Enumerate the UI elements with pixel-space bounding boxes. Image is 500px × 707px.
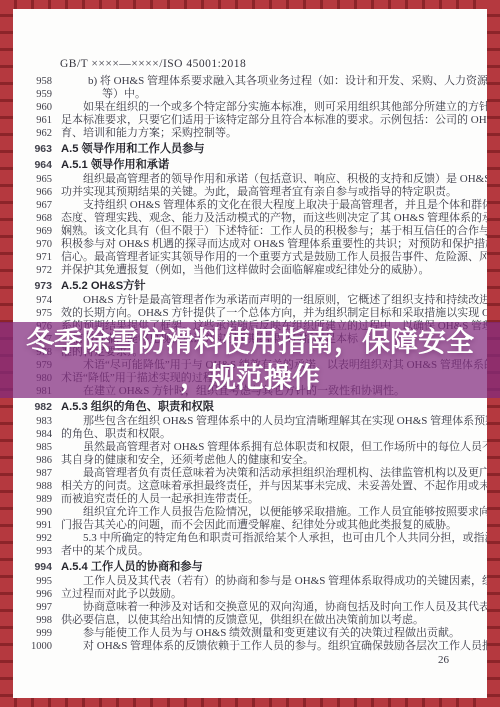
doc-line: 998供必要信息，以使其给出知情的反馈意见，供组织在做出决策前加以考虑。 <box>18 614 487 627</box>
line-number: 972 <box>18 264 52 277</box>
doc-line: 989而被追究责任的人员一起承担连带责任。 <box>18 493 487 506</box>
frame-top-edge <box>0 0 500 9</box>
line-number: 999 <box>18 627 52 640</box>
line-number: 961 <box>18 114 52 127</box>
doc-line: 983那些包含在组织 OH&S 管理体系中的人员均宜清晰理解其在实现 OH&S … <box>18 415 487 428</box>
line-number: 998 <box>18 614 52 627</box>
page-number: 26 <box>438 654 449 666</box>
doc-line: 985虽然最高管理者对 OH&S 管理体系拥有总体职责和权限，但工作场所中的每位… <box>18 441 487 454</box>
line-text: 而被追究责任的人员一起承担连带责任。 <box>61 493 259 506</box>
doc-line: 967支持组织 OH&S 管理体系的文化在很大程度上取决于最高管理者，并且是个体… <box>18 199 487 212</box>
line-text: 足本标准要求，只要它们适用于该特定部分且符合本标准的要求。示例包括：公司的 OH… <box>61 114 500 127</box>
line-text: A.5.3 组织的角色、职责和权限 <box>61 401 214 414</box>
doc-line: 999参与能使工作人员为与 OH&S 绩效测量和变更建议有关的决策过程做出贡献。 <box>18 627 487 640</box>
line-text: 门报告其关心的问题，而不会因此而遭受解雇、纪律处分或其他此类报复的威胁。 <box>61 519 457 532</box>
doc-line: 969娴熟。该文化具有（但不限于）下述特征：工作人员的积极参与；基于相互信任的合… <box>18 225 487 238</box>
line-text: 虽然最高管理者对 OH&S 管理体系拥有总体职责和权限，但工作场所中的每位人员不… <box>61 441 500 454</box>
line-text: 并保护其免遭报复（例如，当他们这样做时会面临解雇或纪律处分的威胁）。 <box>61 264 430 277</box>
line-text: 态度、管理实践、观念、能力及活动模式的产物，而这些则决定了其 OH&S 管理体系… <box>61 212 500 225</box>
frame-bottom-edge <box>0 698 500 707</box>
doc-line: 991门报告其关心的问题，而不会因此而遭受解雇、纪律处分或其他此类报复的威胁。 <box>18 519 487 532</box>
doc-line: 990组织宜允许工作人员报告危险情况，以便能够采取措施。工作人员宜能够按照要求向… <box>18 506 487 519</box>
line-number: 997 <box>18 601 52 614</box>
banner-title-line1: 冬季除雪防滑料使用指南，保障安全 <box>26 324 474 360</box>
doc-line: 973A.5.2 OH&S方针 <box>18 280 487 293</box>
doc-line: 1000对 OH&S 管理体系的反馈依赖于工作人员的参与。组织宜确保鼓励各层次工… <box>18 640 487 653</box>
line-text: 组织最高管理者的领导作用和承诺（包括意识、响应、积极的支持和反馈）是 OH&S … <box>61 173 500 186</box>
line-number: 968 <box>18 212 52 225</box>
line-text: A.5.1 领导作用和承诺 <box>61 159 169 172</box>
line-number: 996 <box>18 588 52 601</box>
doc-line: 993者中的某个成员。 <box>18 545 487 558</box>
line-text: 对 OH&S 管理体系的反馈依赖于工作人员的参与。组织宜确保鼓励各层次工作人员报… <box>61 640 500 653</box>
doc-line: 968态度、管理实践、观念、能力及活动模式的产物，而这些则决定了其 OH&S 管… <box>18 212 487 225</box>
line-number: 983 <box>18 415 52 428</box>
doc-line: 962育、培训和能力方案；采购控制等。 <box>18 127 487 140</box>
banner-overlay: 冬季除雪防滑料使用指南，保障安全 ，规范操作 <box>0 322 500 398</box>
line-text: 参与能使工作人员为与 OH&S 绩效测量和变更建议有关的决策过程做出贡献。 <box>61 627 460 640</box>
doc-line: 960如果在组织的一个或多个特定部分实施本标准，则可采用组织其他部分所建立的方针… <box>18 101 487 114</box>
line-text: 相关方的问责。这意味着承担最终责任，并与因某事未完成、未妥善处置、不起作用或未实… <box>61 480 500 493</box>
line-number: 988 <box>18 480 52 493</box>
line-number: 990 <box>18 506 52 519</box>
line-text: 的角色、职责和权限。 <box>61 428 171 441</box>
line-number: 960 <box>18 101 52 114</box>
doc-line: 982A.5.3 组织的角色、职责和权限 <box>18 401 487 414</box>
doc-line: 958b) 将 OH&S 管理体系要求融入其各项业务过程（如：设计和开发、采购、… <box>18 75 487 88</box>
doc-line: 959等）中。 <box>18 88 487 101</box>
line-text: 最高管理者负有责任意味着为决策和活动承担组织治理机构、法律监管机构以及更广泛意义… <box>61 467 500 480</box>
line-text: A.5.4 工作人员的协商和参与 <box>61 561 203 574</box>
doc-line: 997协商意味着一种涉及对话和交换意见的双向沟通，协商包括及时向工作人员及其代表… <box>18 601 487 614</box>
doc-line: 975效的长期方向。OH&S 方针提供了一个总体方向，并为组织制定目标和采取措施… <box>18 307 487 320</box>
line-number: 959 <box>18 88 52 101</box>
document-header: GB/T ××××—××××/ISO 45001:2018 <box>60 58 246 70</box>
line-number: 991 <box>18 519 52 532</box>
line-text: 协商意味着一种涉及对话和交换意见的双向沟通，协商包括及时向工作人员及其代表（若有… <box>61 601 500 614</box>
doc-line: 995工作人员及其代表（若有）的协商和参与是 OH&S 管理体系取得成功的关键因… <box>18 575 487 588</box>
doc-line: 961足本标准要求，只要它们适用于该特定部分且符合本标准的要求。示例包括：公司的… <box>18 114 487 127</box>
line-number: 985 <box>18 441 52 454</box>
line-text: OH&S 方针是最高管理者作为承诺而声明的一组原则，它概述了组织支持和持续改进其… <box>61 294 500 307</box>
line-number: 993 <box>18 545 52 558</box>
line-number: 1000 <box>18 640 52 653</box>
doc-line: 964A.5.1 领导作用和承诺 <box>18 159 487 172</box>
line-text: 育、培训和能力方案；采购控制等。 <box>61 127 237 140</box>
line-number: 994 <box>18 561 52 574</box>
line-text: 那些包含在组织 OH&S 管理体系中的人员均宜清晰理解其在实现 OH&S 管理体… <box>61 415 500 428</box>
line-number: 975 <box>18 307 52 320</box>
line-text: 功并实现其预期结果的关键。为此，最高管理者宜有亲自参与或指导的特定职责。 <box>61 186 457 199</box>
doc-line: 963A.5 领导作用和工作人员参与 <box>18 143 487 156</box>
doc-line: 988相关方的问责。这意味着承担最终责任，并与因某事未完成、未妥善处置、不起作用… <box>18 480 487 493</box>
line-text: 信心。最高管理者证实其领导作用的一个重要方式是鼓励工作人员报告事件、危险源、风险… <box>61 251 500 264</box>
line-text: 效的长期方向。OH&S 方针提供了一个总体方向，并为组织制定目标和采取措施以实现… <box>61 307 500 320</box>
line-number: 989 <box>18 493 52 506</box>
doc-line: 984的角色、职责和权限。 <box>18 428 487 441</box>
line-number: 966 <box>18 186 52 199</box>
line-text: 等）中。 <box>61 88 146 101</box>
banner-title-line2: ，规范操作 <box>180 360 320 396</box>
line-text: 立过程而对此予以鼓励。 <box>61 588 182 601</box>
doc-line: 9925.3 中所确定的特定角色和职责可指派给某个人承担，也可由几个人共同分担，… <box>18 532 487 545</box>
line-text: 其自身的健康和安全，还须考虑他人的健康和安全。 <box>61 454 314 467</box>
line-number: 963 <box>18 143 52 156</box>
doc-line: 972并保护其免遭报复（例如，当他们这样做时会面临解雇或纪律处分的威胁）。 <box>18 264 487 277</box>
line-text: 5.3 中所确定的特定角色和职责可指派给某个人承担，也可由几个人共同分担，或指派… <box>61 532 500 545</box>
line-number: 958 <box>18 75 52 88</box>
doc-line: 986其自身的健康和安全，还须考虑他人的健康和安全。 <box>18 454 487 467</box>
line-text: 工作人员及其代表（若有）的协商和参与是 OH&S 管理体系取得成功的关键因素，组… <box>61 575 500 588</box>
line-text: 娴熟。该文化具有（但不限于）下述特征：工作人员的积极参与；基于相互信任的合作与沟… <box>61 225 500 238</box>
line-number: 986 <box>18 454 52 467</box>
doc-line: 994A.5.4 工作人员的协商和参与 <box>18 561 487 574</box>
doc-line: 974OH&S 方针是最高管理者作为承诺而声明的一组原则，它概述了组织支持和持续… <box>18 294 487 307</box>
line-number: 964 <box>18 159 52 172</box>
line-number: 973 <box>18 280 52 293</box>
line-number: 982 <box>18 401 52 414</box>
line-number: 974 <box>18 294 52 307</box>
doc-line: 987最高管理者负有责任意味着为决策和活动承担组织治理机构、法律监管机构以及更广… <box>18 467 487 480</box>
line-text: 者中的某个成员。 <box>61 545 149 558</box>
line-number: 969 <box>18 225 52 238</box>
line-text: b) 将 OH&S 管理体系要求融入其各项业务过程（如：设计和开发、采购、人力资… <box>61 75 500 88</box>
line-number: 970 <box>18 238 52 251</box>
line-number: 965 <box>18 173 52 186</box>
line-number: 992 <box>18 532 52 545</box>
screenshot-stage: GB/T ××××—××××/ISO 45001:2018 958b) 将 OH… <box>0 0 500 707</box>
doc-line: 970积极参与对 OH&S 机遇的探寻而达成对 OH&S 管理体系重要性的共识；… <box>18 238 487 251</box>
line-text: 供必要信息，以使其给出知情的反馈意见，供组织在做出决策前加以考虑。 <box>61 614 424 627</box>
line-text: A.5.2 OH&S方针 <box>61 280 146 293</box>
line-text: A.5 领导作用和工作人员参与 <box>61 143 205 156</box>
doc-line: 966功并实现其预期结果的关键。为此，最高管理者宜有亲自参与或指导的特定职责。 <box>18 186 487 199</box>
line-text: 积极参与对 OH&S 机遇的探寻而达成对 OH&S 管理体系重要性的共识；对预防… <box>61 238 500 251</box>
line-number: 967 <box>18 199 52 212</box>
doc-line: 965组织最高管理者的领导作用和承诺（包括意识、响应、积极的支持和反馈）是 OH… <box>18 173 487 186</box>
doc-line: 971信心。最高管理者证实其领导作用的一个重要方式是鼓励工作人员报告事件、危险源… <box>18 251 487 264</box>
doc-line: 996立过程而对此予以鼓励。 <box>18 588 487 601</box>
line-text: 支持组织 OH&S 管理体系的文化在很大程度上取决于最高管理者，并且是个体和群体… <box>61 199 500 212</box>
line-number: 962 <box>18 127 52 140</box>
line-number: 971 <box>18 251 52 264</box>
line-number: 987 <box>18 467 52 480</box>
line-text: 组织宜允许工作人员报告危险情况，以便能够采取措施。工作人员宜能够按照要求向有关主… <box>61 506 500 519</box>
line-number: 995 <box>18 575 52 588</box>
line-text: 如果在组织的一个或多个特定部分实施本标准，则可采用组织其他部分所建立的方针和过程… <box>61 101 500 114</box>
line-number: 984 <box>18 428 52 441</box>
